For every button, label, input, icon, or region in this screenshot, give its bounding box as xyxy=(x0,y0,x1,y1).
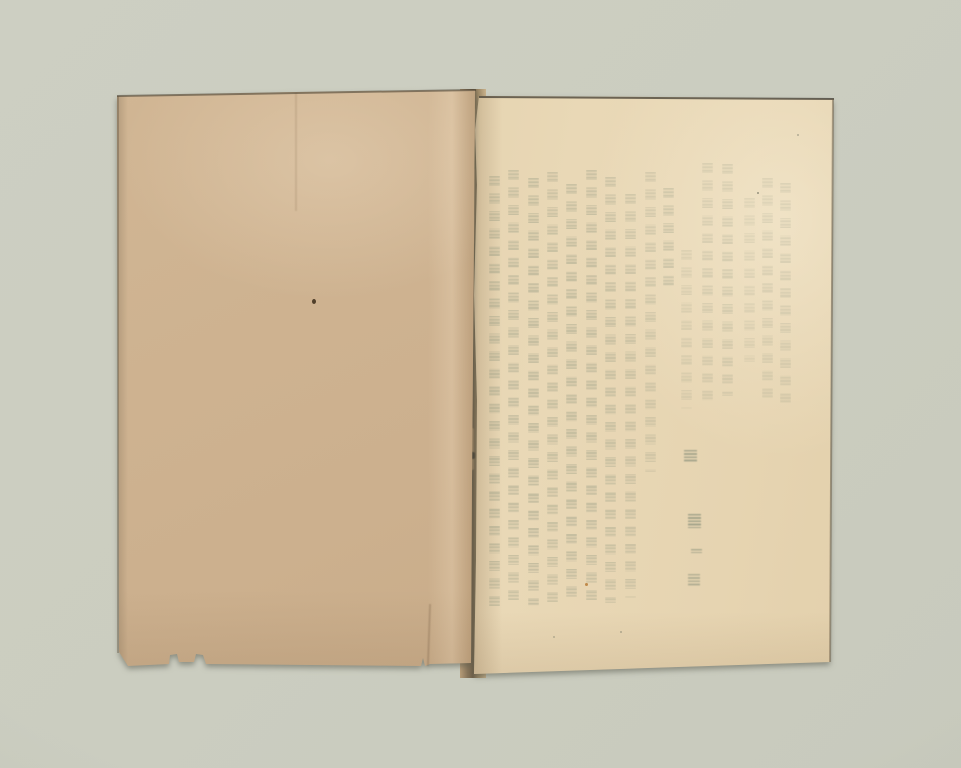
ink-speck xyxy=(757,192,759,194)
photo-canvas xyxy=(0,0,961,768)
ink-speck xyxy=(312,299,316,304)
paper-specks xyxy=(0,0,961,768)
ink-speck xyxy=(797,134,799,136)
ink-speck xyxy=(620,631,622,633)
ink-speck xyxy=(585,583,588,586)
ink-speck xyxy=(553,636,555,638)
